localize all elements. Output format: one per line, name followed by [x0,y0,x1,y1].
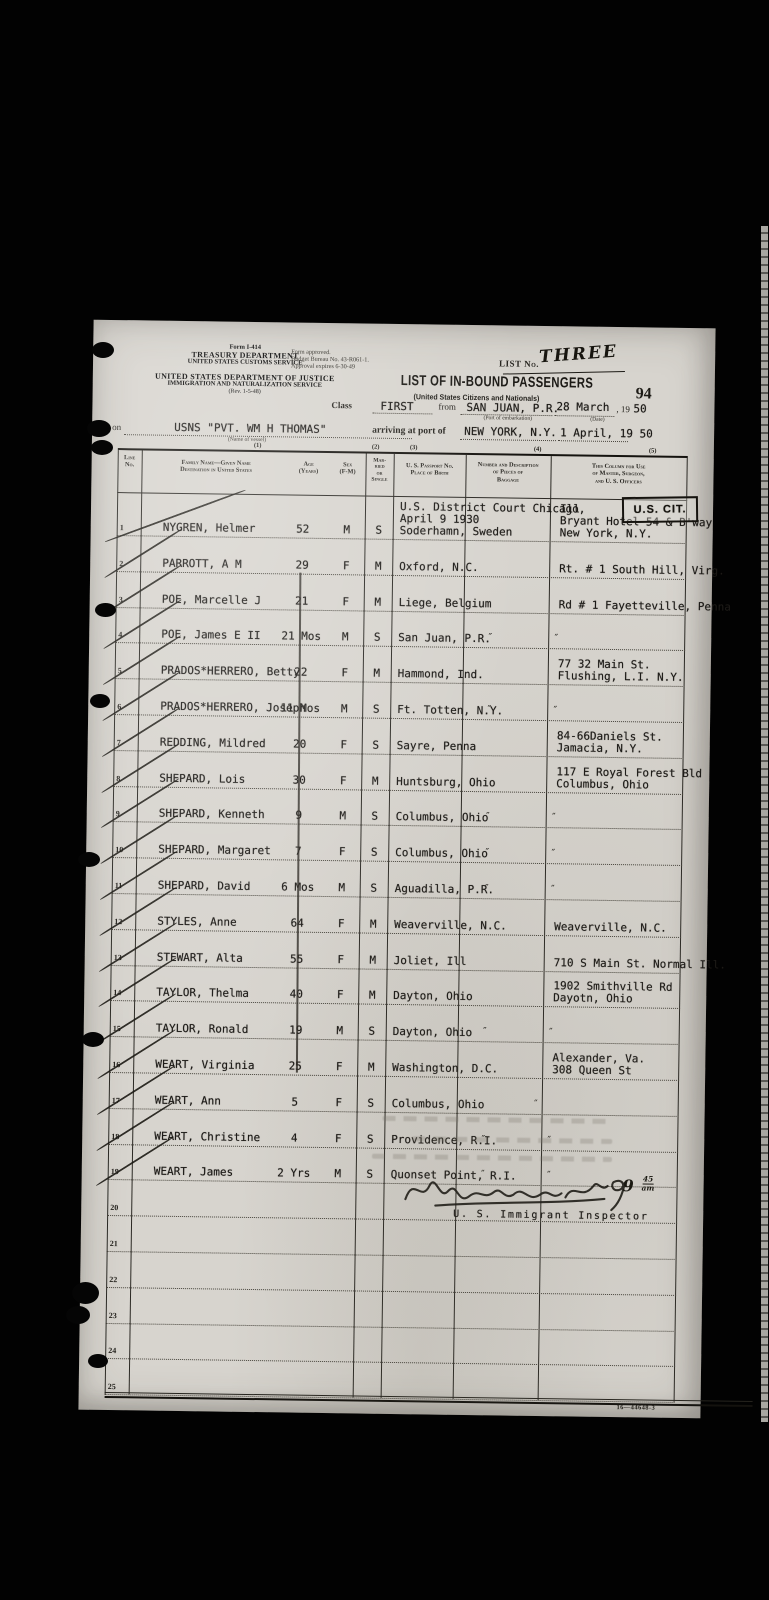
from-label: from [438,402,456,412]
punch-hole [72,1282,99,1304]
list-no-value: THREE [539,342,619,368]
passenger-marital: S [356,1133,384,1145]
passport-birthplace: Aguadilla, P.R. [395,883,495,896]
passenger-sex: F [322,989,358,1002]
passenger-sex: F [323,954,359,967]
officers-notes: 1902 Smithville RdDayotn, Ohio [553,981,673,1007]
officers-notes: Rt. # 1 South Hill, Virg. [559,563,725,577]
punch-hole [82,1032,104,1047]
passenger-name: SHEPARD, Kenneth [159,808,265,821]
punch-hole [88,1354,108,1368]
passport-birthplace: Oxford, N.C. [399,561,479,574]
col-header-age: Age(Years) [285,460,331,475]
class-leader [372,412,432,415]
arrival-date-leader [558,439,628,442]
ditto-mark: ″ [486,704,492,715]
arrival-port-leader [460,438,556,441]
passenger-marital: S [362,703,390,715]
document-title: LIST OF IN-BOUND PASSENGERS [401,373,594,392]
line-number: 21 [110,1239,118,1248]
passport-birthplace: Sayre, Penna [397,740,477,753]
line-number: 23 [109,1311,117,1320]
line-number: 22 [109,1275,117,1284]
passenger-marital: S [360,847,388,859]
document-page: Form I-414 TREASURY DEPARTMENT UNITED ST… [78,320,715,1419]
passenger-marital: M [363,668,391,680]
date-caption: (Date) [590,417,604,423]
punch-hole [87,420,111,437]
ditto-mark: ″ [484,883,490,894]
passenger-marital: M [359,954,387,966]
date-leader [554,414,614,417]
signature-ampm: am [642,1184,655,1191]
passenger-name: WEART, James [154,1166,234,1179]
approval-block: Form approved. Budget Bureau No. 43-R061… [291,348,411,371]
signature-time: 45 am [642,1175,655,1191]
scan-background: Form I-414 TREASURY DEPARTMENT UNITED ST… [0,0,769,1600]
passenger-age: 22 [275,666,327,679]
passenger-marital: M [364,596,392,608]
passport-birthplace: U.S. District Court Chicago,April 9 1930… [400,501,586,540]
passport-birthplace: Columbus, Ohio [396,811,489,824]
passenger-name: POE, Marcelle J [162,593,262,606]
form-print-code: 16—44648-3 [616,1404,655,1412]
ditto-mark: ″ [485,812,491,823]
officers-notes: Alexander, Va.308 Queen St [552,1052,645,1077]
passenger-marital: S [360,882,388,894]
passenger-age: 29 [276,559,328,572]
ditto-mark: ″ [552,705,558,716]
passenger-marital: M [361,775,389,787]
passenger-sex: F [328,596,364,609]
on-label: on [112,422,121,432]
ditto-mark: ″ [484,847,490,858]
arrival-port: NEW YORK, N.Y. [464,425,557,439]
passenger-marital: S [356,1169,384,1181]
officers-notes: 84-66Daniels St.Jamacia, N.Y. [557,730,663,755]
ditto-mark: ″ [487,633,493,644]
passenger-age: 52 [277,523,329,536]
passport-birthplace: Huntsburg, Ohio [396,776,496,789]
passenger-sex: F [323,918,359,931]
officers-notes: Weaverville, N.C. [554,921,667,935]
ditto-mark: ″ [553,634,559,645]
passenger-marital: M [358,990,386,1002]
col-header-baggage: Number and Descriptionof Pieces ofBaggag… [465,461,550,484]
passenger-sex: F [321,1097,357,1110]
passenger-marital: S [362,739,390,751]
passenger-sex: F [324,846,360,859]
arriving-label: arriving at port of [372,426,446,437]
col-header-name: Family Name—Given NameDestination in Uni… [144,458,289,475]
passport-birthplace: Washington, D.C. [392,1062,498,1075]
passport-birthplace: Liege, Belgium [399,597,492,610]
passenger-marital: M [364,560,392,572]
punch-hole [66,1306,90,1324]
passenger-marital: S [365,525,393,537]
passenger-name: REDDING, Mildred [160,736,266,749]
adjacent-page-edge [761,226,768,1422]
passport-birthplace: Dayton, Ohio [393,990,473,1003]
passport-birthplace: Joliet, Ill [394,955,467,968]
passenger-sex: M [326,703,362,716]
passport-birthplace: Columbus, Ohio [395,847,488,860]
list-no-label: LIST No. [499,358,539,369]
officers-notes: 710 S Main St. Normal Ill. [554,957,726,971]
passenger-sex: F [326,739,362,752]
officers-notes: 117 E Royal Forest BldColumbus, Ohio [556,766,702,792]
passenger-sex: M [327,631,363,644]
punch-hole [92,342,114,358]
passenger-sex: M [322,1025,358,1038]
passenger-name: POE, James E II [161,629,261,642]
passenger-sex: F [328,560,364,573]
col-number-2: (2) [372,444,380,451]
passport-birthplace: Columbus, Ohio [392,1098,485,1111]
passenger-age: 21 Mos [275,631,327,644]
line-number: 25 [108,1382,116,1391]
line-number: 1 [120,523,124,532]
us-cit-stamp: U.S. CIT. [622,496,698,523]
passenger-age: 4 [268,1132,320,1145]
signature-hour: 9 [622,1176,633,1195]
passenger-name: TAYLOR, Thelma [156,987,249,1000]
passenger-sex: M [329,524,365,537]
embark-date: 28 March [556,400,609,414]
passenger-marital: S [363,632,391,644]
passenger-table: LineNo. Family Name—Given NameDestinatio… [105,448,688,1402]
col-header-passport: U. S. Passport No.Place of Birth [393,462,465,478]
passenger-age: 21 [276,595,328,608]
punch-hole [90,694,110,708]
officers-notes: 77 32 Main St.Flushing, L.I. N.Y. [558,658,684,684]
arrival-date: 1 April, 19 50 [560,426,653,440]
officers-notes: Rd # 1 Fayetteville, Penna [559,599,731,613]
passenger-age: 2 Yrs [268,1168,320,1181]
ditto-mark: ″ [551,813,557,824]
punch-hole [95,603,116,617]
col-header-officers: This Column for Useof Master, Surgeon,an… [550,462,686,486]
punch-hole [91,440,113,455]
passenger-sex: F [320,1133,356,1146]
col-number-4: (4) [534,446,542,453]
passenger-marital: S [361,811,389,823]
passenger-sex: F [325,775,361,788]
passport-birthplace: Weaverville, N.C. [394,919,507,933]
ditto-mark: ″ [550,884,556,895]
passenger-sex: M [320,1168,356,1181]
embark-caption: (Port of embarkation) [460,415,555,422]
col-header-sex: Sex(F-M) [329,461,365,476]
punch-hole [78,852,100,867]
col-number-5: (5) [649,447,657,454]
passport-birthplace: San Juan, P.R. [398,632,491,645]
year-value: 50 [633,402,646,415]
passenger-marital: S [358,1026,386,1038]
passenger-sex: F [327,667,363,680]
page-number: 94 [636,385,652,403]
col-header-line: LineNo. [118,454,142,469]
year-printed: , 19 [616,404,630,414]
passenger-age: 5 [269,1096,321,1109]
vessel-caption: (Name of vessel) [192,436,302,444]
table-body: 1NYGREN, Helmer52MSU.S. District Court C… [118,450,688,458]
passenger-name: WEART, Virginia [155,1059,255,1072]
ditto-mark: ″ [482,1026,488,1037]
col-number-3: (3) [410,444,418,451]
passenger-sex: F [321,1061,357,1074]
passport-birthplace: Hammond, Ind. [398,668,484,681]
passenger-marital: M [359,918,387,930]
passenger-sex: M [325,810,361,823]
class-label: Class [331,400,352,410]
line-number: 20 [110,1203,118,1212]
passenger-marital: S [357,1097,385,1109]
col-header-married: Mar-riedorSingle [365,458,393,484]
passenger-sex: M [324,882,360,895]
line-number: 24 [108,1346,116,1355]
ditto-mark: ″ [548,1027,554,1038]
ditto-mark: ″ [533,1099,539,1110]
ditto-mark: ″ [550,848,556,859]
col-number-1: (1) [254,442,262,449]
passenger-marital: M [357,1061,385,1073]
passport-birthplace: Dayton, Ohio [393,1026,473,1039]
